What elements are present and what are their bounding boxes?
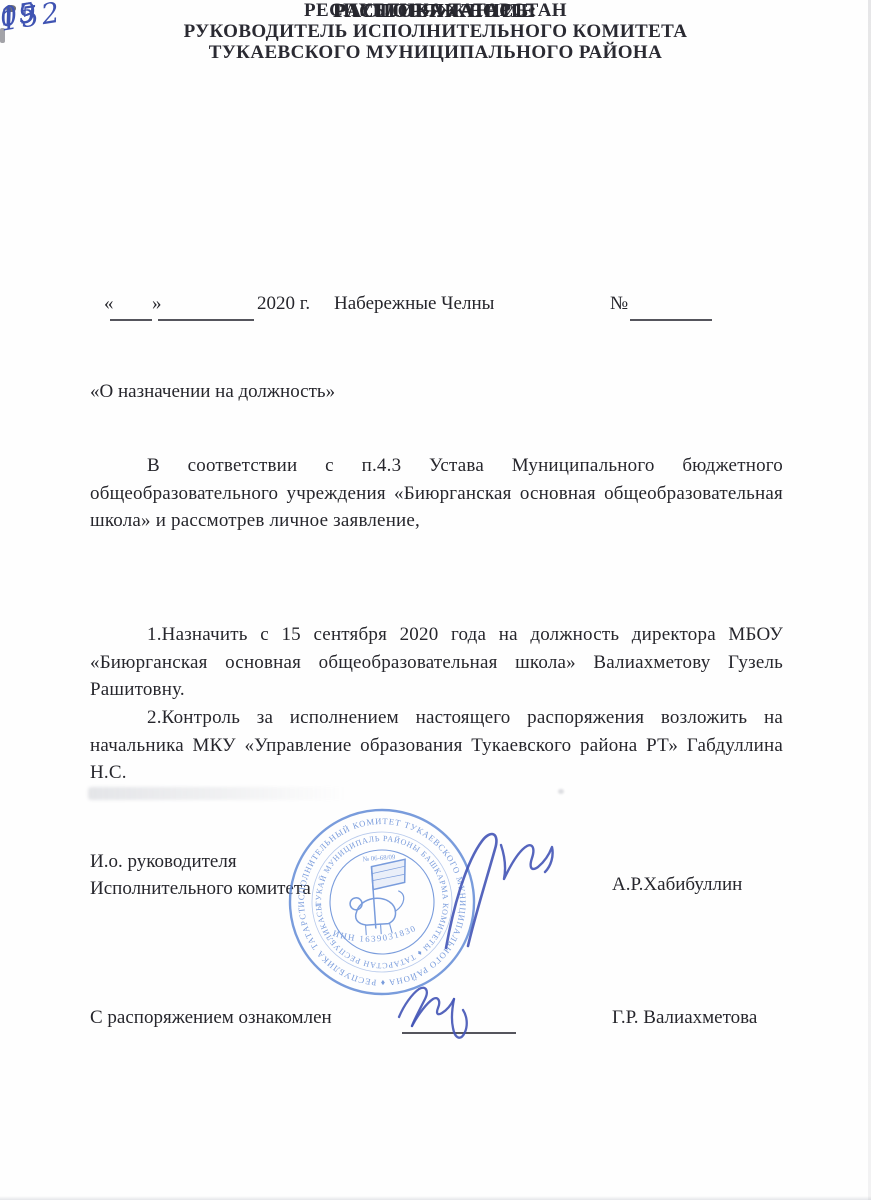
order-word: РАСПОРЯЖАЮСЬ: [0, 0, 871, 23]
stamp-inner-ring-text: ТУКАЙ МУНИЦИПАЛЬ РАЙОНЫ БАШКАРМА КОМИТЕТ… [309, 829, 454, 974]
director-signature-ink [446, 834, 553, 948]
stamp-code-text: № 06-68/09 [362, 854, 396, 863]
letterhead-line-office: РУКОВОДИТЕЛЬ ИСПОЛНИТЕЛЬНОГО КОМИТЕТА [0, 21, 871, 42]
order-item-1: 1.Назначить с 15 сентября 2020 года на д… [90, 621, 783, 704]
signer-position-line2: Исполнительного комитета [90, 878, 311, 900]
scan-speck [558, 789, 564, 794]
year-text: 2020 г. [257, 293, 310, 315]
subject-line: «О назначении на должность» [90, 381, 335, 403]
signer-position-line1: И.о. руководителя [90, 851, 237, 873]
acknowledgement-signature-ink [399, 988, 467, 1038]
preamble-paragraph: В соответствии с п.4.3 Устава Муниципаль… [90, 452, 783, 535]
number-label: № [610, 293, 628, 315]
date-quote-close: » [152, 293, 162, 315]
order-item-2: 2.Контроль за исполнением настоящего рас… [90, 704, 783, 787]
day-underline [110, 319, 152, 321]
acknowledgement-underline [402, 1032, 516, 1034]
number-underline [630, 319, 712, 321]
stamp-emblem-icon [347, 859, 410, 936]
page-edge-shadow [0, 1196, 871, 1200]
acknowledgement-label: С распоряжением ознакомлен [90, 1007, 332, 1029]
letterhead-line-district: ТУКАЕВСКОГО МУНИЦИПАЛЬНОГО РАЙОНА [0, 42, 871, 63]
official-round-stamp: ИСПОЛНИТЕЛЬНЫЙ КОМИТЕТ ТУКАЕВСКОГО МУНИЦ… [284, 804, 480, 1000]
month-underline [158, 319, 254, 321]
city-text: Набережные Челны [334, 293, 494, 315]
signer-name: А.Р.Хабибуллин [612, 874, 742, 896]
faint-bleedthrough-text [88, 787, 346, 800]
stamp-inn-text: ИНН 1639031830 [331, 922, 419, 946]
acknowledgement-name: Г.Р. Валиахметова [612, 1007, 757, 1029]
date-quote-open: « [104, 293, 114, 315]
scanned-document-page: РЕСПУБЛИКА ТАТАРСТАН РУКОВОДИТЕЛЬ ИСПОЛН… [0, 0, 871, 1200]
stamp-outer-ring-text: ИСПОЛНИТЕЛЬНЫЙ КОМИТЕТ ТУКАЕВСКОГО МУНИЦ… [290, 810, 474, 994]
